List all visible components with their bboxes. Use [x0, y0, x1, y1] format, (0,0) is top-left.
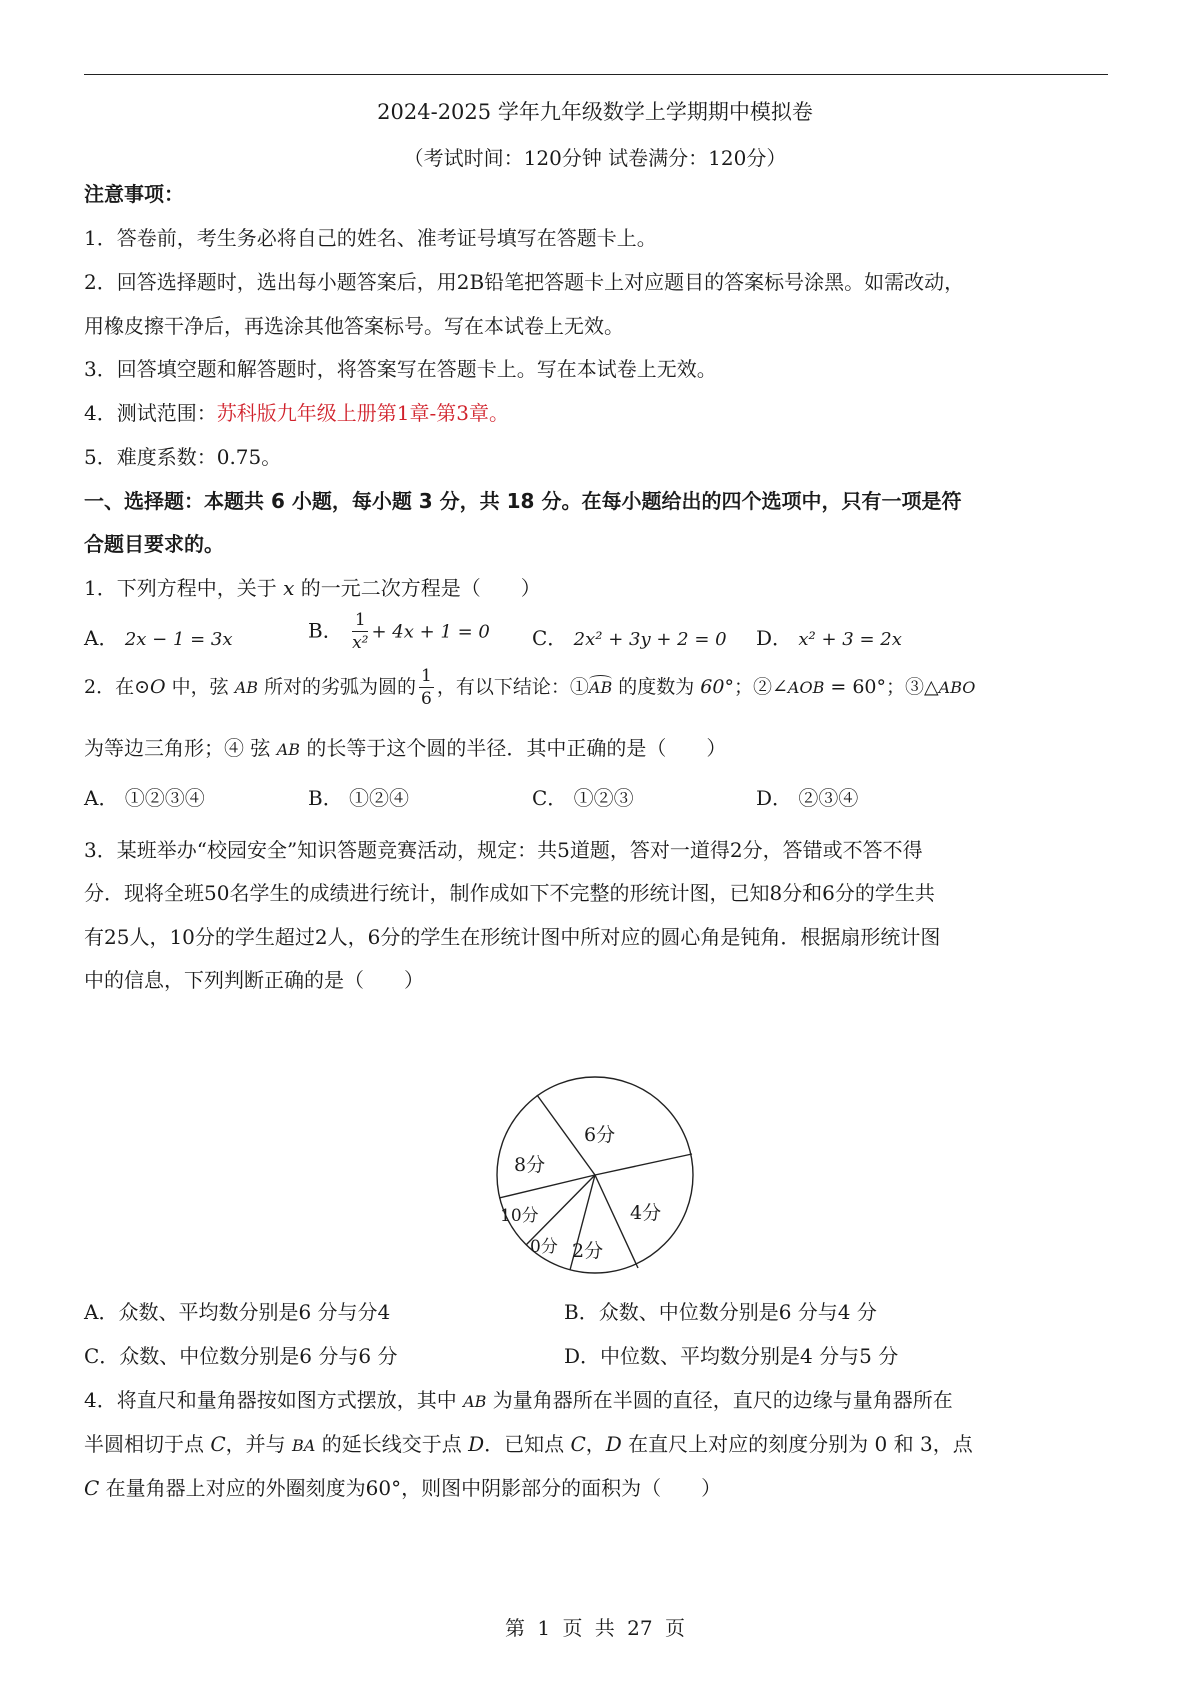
q2-degree: 60° — [700, 676, 734, 698]
q1-option-c-label: C． — [532, 626, 567, 650]
q1-option-d-label: D． — [756, 626, 792, 650]
q1-options: A． 2x − 1 = 3x B． 1x²+ 4x + 1 = 0 C． 2x²… — [84, 616, 1108, 666]
q1-stem-prefix: 1．下列方程中，关于 — [84, 576, 283, 600]
q4-line-ba: BA — [292, 1436, 315, 1455]
notes-heading: 注意事项： — [84, 178, 184, 207]
exam-title: 2024-2025 学年九年级数学上学期期中模拟卷 — [0, 96, 1190, 126]
q1-option-b: B． 1x²+ 4x + 1 = 0 — [308, 612, 490, 652]
q4-text: 在直尺上对应的刻度分别为 0 和 3，点 — [622, 1432, 973, 1456]
q3-stem-line4: 中的信息，下列判断正确的是（ ） — [84, 964, 424, 993]
q2-text: ；②∠ — [734, 676, 788, 698]
pie-label-6: 6分 — [584, 1120, 615, 1147]
q1-option-a-text: 2x − 1 = 3x — [125, 629, 233, 650]
section1-heading: 一、选择题：本题共 6 小题，每小题 3 分，共 18 分。在每小题给出的四个选… — [84, 485, 961, 514]
fraction-numerator: 1 — [419, 668, 434, 688]
page-number: 第 1 页 共 27 页 — [0, 1612, 1190, 1641]
q3-option-d: D．中位数、平均数分别是4 分与5 分 — [564, 1340, 898, 1369]
q2-text: 所对的劣弧为圆的 — [258, 676, 416, 698]
q1-option-c: C． 2x² + 3y + 2 = 0 — [532, 622, 727, 651]
q4-text: 的延长线交于点 — [315, 1432, 468, 1456]
q3-option-a: A．众数、平均数分别是6 分与分4 — [84, 1296, 390, 1325]
q4-point-c: C — [84, 1476, 99, 1500]
q2-option-d: D． ②③④ — [756, 782, 858, 811]
q2-stem-line1: 2．在⊙O 中，弦 AB 所对的劣弧为圆的16，有以下结论：①AB 的度数为 6… — [84, 668, 975, 708]
pie-label-2: 2分 — [572, 1236, 603, 1263]
q2-triangle-abo: ABO — [939, 678, 976, 697]
q1-option-a: A． 2x − 1 = 3x — [84, 622, 233, 651]
q4-text: 半圆相切于点 — [84, 1432, 210, 1456]
q4-text: 在量角器上对应的外圈刻度为60°，则图中阴影部分的面积为（ ） — [99, 1476, 721, 1500]
fraction-denominator: x² — [352, 632, 368, 652]
header-rule — [84, 74, 1108, 75]
q4-diameter-ab: AB — [463, 1392, 486, 1411]
q1-var: x — [283, 576, 294, 600]
q1-option-b-fraction: 1x² — [352, 612, 368, 652]
note-item-5: 5．难度系数：0.75。 — [84, 441, 281, 470]
q4-stem-line1: 4．将直尺和量角器按如图方式摆放，其中 AB 为量角器所在半圆的直径，直尺的边缘… — [84, 1384, 953, 1413]
q4-stem-line3: C 在量角器上对应的外圈刻度为60°，则图中阴影部分的面积为（ ） — [84, 1472, 721, 1501]
q4-point-d: D — [468, 1432, 484, 1456]
q3-stem-line1: 3．某班举办“校园安全”知识答题竞赛活动，规定：共5道题，答对一道得2分，答错或… — [84, 834, 923, 863]
q2-text: 中，弦 — [166, 676, 235, 698]
note-item-4: 4．测试范围：苏科版九年级上册第1章-第3章。 — [84, 397, 509, 426]
q2-chord-ab: AB — [235, 678, 258, 697]
q1-stem: 1．下列方程中，关于 x 的一元二次方程是（ ） — [84, 572, 541, 601]
q3-pie-chart: 6分 8分 4分 10分 0分 2分 — [490, 1070, 700, 1280]
q3-option-b: B．众数、中位数分别是6 分与4 分 — [564, 1296, 877, 1325]
pie-label-4: 4分 — [630, 1198, 661, 1225]
q3-options: A．众数、平均数分别是6 分与分4 B．众数、中位数分别是6 分与4 分 C．众… — [84, 1296, 1108, 1386]
q1-option-b-rest: + 4x + 1 = 0 — [371, 622, 489, 643]
q2-option-a: A． ①②③④ — [84, 782, 205, 811]
q4-text: ， — [586, 1432, 606, 1456]
q4-text: 为量角器所在半圆的直径，直尺的边缘与量角器所在 — [486, 1388, 952, 1412]
pie-label-0: 0分 — [530, 1232, 558, 1257]
q4-stem-line2: 半圆相切于点 C，并与 BA 的延长线交于点 D．已知点 C，D 在直尺上对应的… — [84, 1428, 973, 1457]
q3-stem-line2: 分．现将全班50名学生的成绩进行统计，制作成如下不完整的形统计图，已知8分和6分… — [84, 877, 935, 906]
q2-angle-aob: AOB — [788, 678, 824, 697]
q2-circle-o: O — [150, 676, 166, 698]
q4-point-c: C — [570, 1432, 585, 1456]
q1-option-d-text: x² + 3 = 2x — [798, 629, 901, 650]
q2-text: 的长等于这个圆的半径．其中正确的是（ ） — [300, 736, 726, 760]
q1-option-a-label: A． — [84, 626, 118, 650]
q2-option-b: B． ①②④ — [308, 782, 409, 811]
section1-heading-cont: 合题目要求的。 — [84, 528, 224, 557]
q2-text: = 60°；③△ — [824, 676, 938, 698]
q3-option-c: C．众数、中位数分别是6 分与6 分 — [84, 1340, 397, 1369]
q2-text: ，有以下结论：① — [437, 676, 589, 698]
q2-fraction: 16 — [419, 668, 434, 708]
exam-subtitle: （考试时间：120分钟 试卷满分：120分） — [0, 142, 1190, 171]
test-range: 苏科版九年级上册第1章-第3章。 — [217, 401, 509, 425]
q2-stem-line2: 为等边三角形；④ 弦 AB 的长等于这个圆的半径．其中正确的是（ ） — [84, 732, 726, 761]
q1-option-b-label: B． — [308, 619, 343, 643]
q2-text: 2．在⊙ — [84, 676, 150, 698]
q2-text: 的度数为 — [612, 676, 700, 698]
note-item-1: 1．答卷前，考生务必将自己的姓名、准考证号填写在答题卡上。 — [84, 222, 657, 251]
q4-text: ，并与 — [226, 1432, 292, 1456]
fraction-numerator: 1 — [352, 612, 368, 632]
q2-option-c: C． ①②③ — [532, 782, 634, 811]
q1-stem-suffix: 的一元二次方程是（ ） — [294, 576, 540, 600]
q2-text: 为等边三角形；④ 弦 — [84, 736, 277, 760]
q2-chord-ab: AB — [277, 740, 300, 759]
q4-text: ．已知点 — [484, 1432, 570, 1456]
note-item-2-cont: 用橡皮擦干净后，再选涂其他答案标号。写在本试卷上无效。 — [84, 310, 624, 339]
pie-label-10: 10分 — [500, 1201, 539, 1226]
q2-options: A． ①②③④ B． ①②④ C． ①②③ D． ②③④ — [84, 782, 1108, 812]
q4-point-c: C — [210, 1432, 225, 1456]
q1-option-c-text: 2x² + 3y + 2 = 0 — [574, 629, 727, 650]
fraction-denominator: 6 — [419, 688, 434, 708]
q2-arc-ab: AB — [589, 678, 612, 697]
q4-point-d: D — [606, 1432, 622, 1456]
q3-stem-line3: 有25人，10分的学生超过2人，6分的学生在形统计图中所对应的圆心角是钝角．根据… — [84, 921, 940, 950]
note-item-4-label: 4．测试范围： — [84, 401, 217, 425]
note-item-3: 3．回答填空题和解答题时，将答案写在答题卡上。写在本试卷上无效。 — [84, 353, 717, 382]
note-item-2: 2．回答选择题时，选出每小题答案后，用2B铅笔把答题卡上对应题目的答案标号涂黑。… — [84, 266, 964, 295]
pie-label-8: 8分 — [514, 1150, 545, 1177]
q4-text: 4．将直尺和量角器按如图方式摆放，其中 — [84, 1388, 463, 1412]
q1-option-d: D． x² + 3 = 2x — [756, 622, 902, 651]
